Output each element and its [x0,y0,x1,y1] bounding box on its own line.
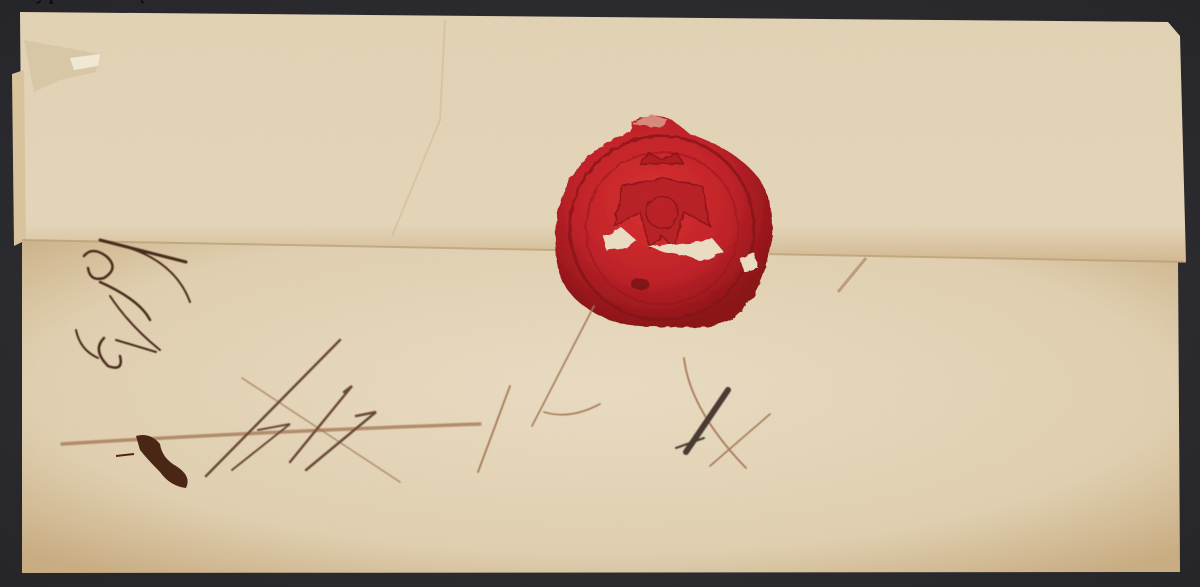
folded-letter: KROLESTWO POLSKIE KOMMISSYA RZĄDOWA PRZY… [0,0,1200,587]
name-left-text: Сыпуф [0,0,58,4]
seal-legend-bottom: KOMMISSYA RZĄDOWA PRZYCHODÓW I SKARBU [0,0,418,4]
